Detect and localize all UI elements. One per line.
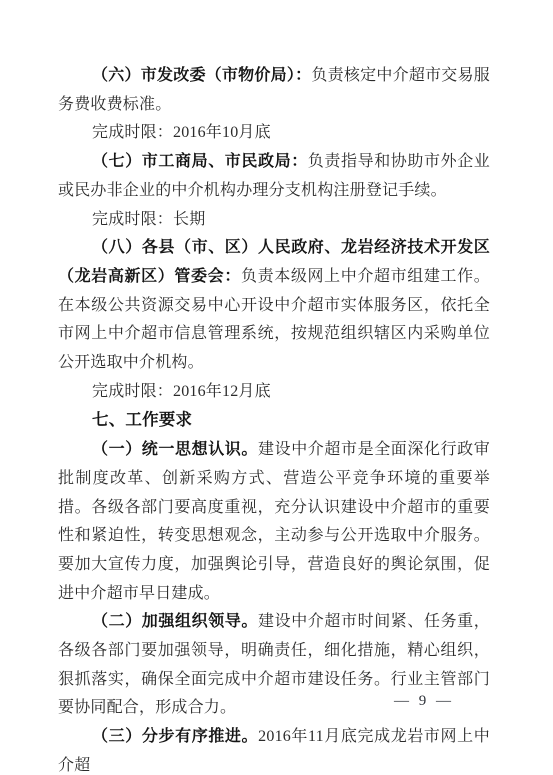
- paragraph: 完成时限：2016年10月底: [58, 119, 490, 148]
- bold-text-run: （六）市发改委（市物价局）：: [92, 67, 311, 84]
- section-heading: 七、工作要求: [58, 406, 490, 436]
- bold-text-run: （二）加强组织领导。: [92, 613, 258, 630]
- bold-text-run: （七）市工商局、市民政局：: [92, 153, 308, 170]
- bold-text-run: （一）统一思想认识。: [92, 441, 258, 458]
- text-run: 完成时限：2016年10月底: [92, 124, 271, 141]
- paragraph: （六）市发改委（市物价局）：负责核定中介超市交易服务费收费标准。: [58, 62, 490, 119]
- paragraph: （八）各县（市、区）人民政府、龙岩经济技术开发区（龙岩高新区）管委会：负责本级网…: [58, 234, 490, 378]
- paragraph: （一）统一思想认识。建设中介超市是全面深化行政审批制度改革、创新采购方式、营造公…: [58, 436, 490, 608]
- text-run: 建设中介超市是全面深化行政审批制度改革、创新采购方式、营造公平竞争环境的重要举措…: [58, 441, 490, 602]
- paragraph: 完成时限：2016年12月底: [58, 378, 490, 407]
- document-page: （六）市发改委（市物价局）：负责核定中介超市交易服务费收费标准。完成时限：201…: [0, 0, 553, 775]
- document-body: （六）市发改委（市物价局）：负责核定中介超市交易服务费收费标准。完成时限：201…: [58, 62, 490, 775]
- paragraph: （七）市工商局、市民政局：负责指导和协助市外企业或民办非企业的中介机构办理分支机…: [58, 148, 490, 205]
- page-number: — 9 —: [394, 693, 454, 710]
- bold-text-run: 七、工作要求: [92, 411, 192, 429]
- text-run: 完成时限：长期: [92, 211, 205, 228]
- paragraph: （三）分步有序推进。2016年11月底完成龙岩市网上中介超: [58, 723, 490, 775]
- bold-text-run: （三）分步有序推进。: [92, 728, 258, 745]
- text-run: 完成时限：2016年12月底: [92, 383, 271, 400]
- paragraph: 完成时限：长期: [58, 206, 490, 235]
